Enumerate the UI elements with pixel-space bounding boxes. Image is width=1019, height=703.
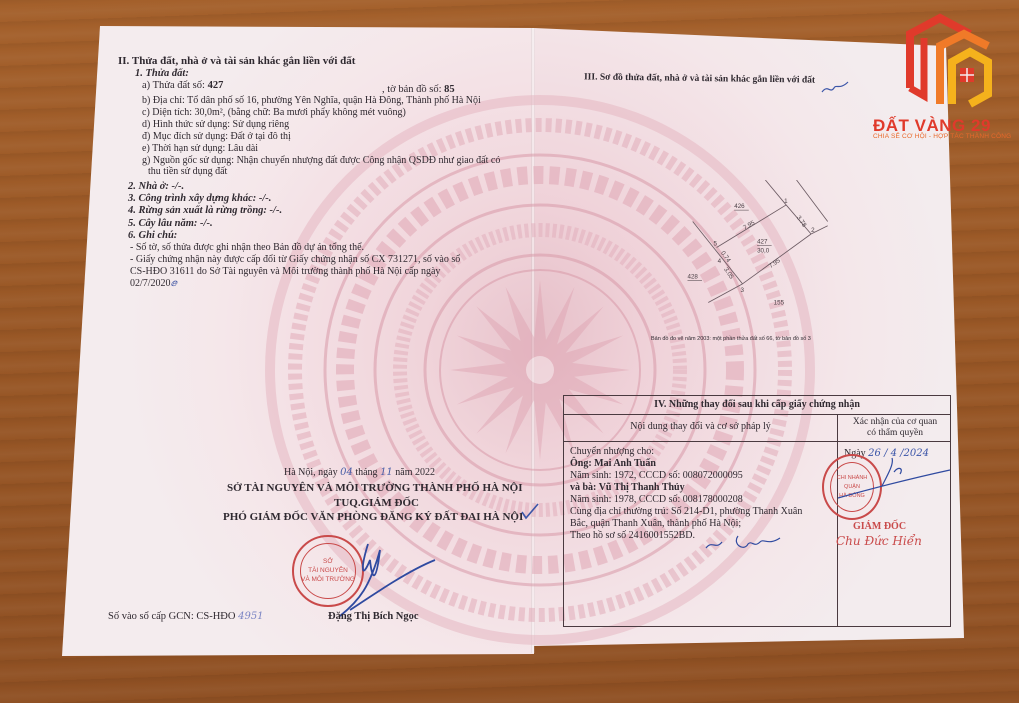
svg-text:5: 5 <box>713 240 717 247</box>
registry-value: 4951 <box>238 611 263 622</box>
map-note: Bản đồ đo vẽ năm 2003: một phần thửa đất… <box>651 333 811 345</box>
issuing-authority: SỞ TÀI NGUYÊN VÀ MÔI TRƯỜNG THÀNH PHỐ HÀ… <box>227 482 523 494</box>
changes-table-title: IV. Những thay đổi sau khi cấp giấy chứn… <box>564 399 950 411</box>
perennial-trees-field: 5. Cây lâu năm: -/-. <box>128 218 213 230</box>
buyer-address-2: Bắc, quận Thanh Xuân, thành phố Hà Nội; <box>570 518 741 530</box>
date-day: 04 <box>340 467 353 478</box>
area-field: c) Diện tích: 30,0m², (bằng chữ: Ba mươi… <box>142 107 406 119</box>
buyer-2: và bà: Vũ Thị Thanh Thủy <box>570 482 685 494</box>
signature-transfer-icon <box>704 530 784 554</box>
file-reference: Theo hồ sơ số 2416001552BD. <box>570 530 695 542</box>
signature-confirm-icon <box>834 454 952 504</box>
registry-label: Số vào sổ cấp GCN: CS-HĐO <box>108 611 235 622</box>
origin-field-cont: thu tiền sử dụng đất <box>148 166 227 178</box>
issue-date: Hà Nội, ngày 04 tháng 11 năm 2022 <box>284 467 435 479</box>
confirmation-signer: Chu Đức Hiển <box>836 535 922 547</box>
svg-text:426: 426 <box>734 203 745 210</box>
section-ii-title: II. Thửa đất, nhà ở và tài sản khác gắn … <box>118 55 355 67</box>
buyer-1: Ông: Mai Anh Tuấn <box>570 458 656 470</box>
date-month: 11 <box>380 467 393 478</box>
svg-text:2: 2 <box>811 227 815 234</box>
buyer-1-info: Năm sinh: 1972, CCCD số: 008072000095 <box>570 470 743 482</box>
page-fold <box>531 28 535 653</box>
note-2-line-2: CS-HĐO 31611 do Sở Tài nguyên và Môi trư… <box>130 266 440 278</box>
svg-text:3: 3 <box>740 287 744 294</box>
svg-text:3.78: 3.78 <box>795 215 808 229</box>
svg-text:428: 428 <box>688 274 699 281</box>
col-confirmation-header-2: có thẩm quyền <box>838 427 952 439</box>
svg-text:7.95: 7.95 <box>768 257 782 270</box>
notes-heading: 6. Ghi chú: <box>128 230 177 242</box>
svg-text:7.95: 7.95 <box>742 219 756 231</box>
map-sheet-number: 85 <box>444 84 455 95</box>
registry-number: Số vào sổ cấp GCN: CS-HĐO 4951 <box>108 611 264 623</box>
checkmark-icon <box>520 502 540 522</box>
note-2-line-1: - Giấy chứng nhận này được cấp đổi từ Gi… <box>130 254 460 266</box>
planted-forest-field: 4. Rừng sản xuất là rừng trồng: -/-. <box>128 205 282 217</box>
svg-text:427: 427 <box>757 238 768 245</box>
parcel-diagram: 426 427 30,0 428 155 1 2 3 4 5 7.95 3.78… <box>680 180 830 315</box>
buyer-2-info: Năm sinh: 1978, CCCD số: 008178000208 <box>570 494 743 506</box>
usage-term-field: e) Thời hạn sử dụng: Lâu dài <box>142 143 258 155</box>
changes-table-header-row: Nội dung thay đổi và cơ sở pháp lý Xác n… <box>564 414 950 442</box>
svg-text:30,0: 30,0 <box>757 248 770 255</box>
changes-table: IV. Những thay đổi sau khi cấp giấy chứn… <box>563 395 951 627</box>
signer-title: PHÓ GIÁM ĐỐC VĂN PHÒNG ĐĂNG KÝ ĐẤT ĐAI H… <box>223 511 523 523</box>
house-field: 2. Nhà ở: -/-. <box>128 181 184 193</box>
signer-name: Đặng Thị Bích Ngọc <box>328 611 419 623</box>
note-2-line-3: 02/7/2020ⅇ <box>130 278 177 290</box>
initials-icon <box>820 80 850 96</box>
initials-mark: ⅇ <box>171 278 177 289</box>
signature-left-icon <box>300 540 440 620</box>
brand-tagline: CHIA SẺ CƠ HỘI - HỢP TÁC THÀNH CÔNG <box>873 133 1011 140</box>
svg-text:4: 4 <box>718 258 722 265</box>
usage-form-field: d) Hình thức sử dụng: Sử dụng riêng <box>142 119 289 131</box>
buyer-address-1: Cùng địa chỉ thường trú: Số 214-D1, phườ… <box>570 506 802 518</box>
plot-number: 427 <box>208 80 224 91</box>
authority-role: TUQ.GIÁM ĐỐC <box>334 497 419 509</box>
plot-number-label: a) Thửa đất số: 427 <box>142 80 223 92</box>
svg-text:1: 1 <box>784 198 788 205</box>
transfer-intro: Chuyển nhượng cho: <box>570 446 654 458</box>
confirmation-role: GIÁM ĐỐC <box>853 521 906 533</box>
changes-table-title-row: IV. Những thay đổi sau khi cấp giấy chứn… <box>564 396 950 415</box>
column-divider <box>837 414 838 626</box>
certificate-document: II. Thửa đất, nhà ở và tài sản khác gắn … <box>0 0 1019 703</box>
usage-purpose-field: đ) Mục đích sử dụng: Đất ở tại đô thị <box>142 131 291 143</box>
map-sheet-label: , tờ bản đồ số: <box>382 84 442 95</box>
date-year: năm 2022 <box>395 467 435 478</box>
date-prefix: Hà Nội, ngày <box>284 467 338 478</box>
other-construction-field: 3. Công trình xây dựng khác: -/-. <box>128 193 271 205</box>
note-1: - Số tờ, số thửa được ghi nhận theo Bản … <box>130 242 364 254</box>
svg-text:3.05: 3.05 <box>722 266 735 280</box>
address-field: b) Địa chỉ: Tổ dân phố số 16, phường Yên… <box>142 95 481 107</box>
land-heading: 1. Thửa đất: <box>135 68 189 80</box>
svg-text:155: 155 <box>774 300 785 307</box>
col-content-header: Nội dung thay đổi và cơ sở pháp lý <box>564 421 837 433</box>
date-month-label: tháng <box>355 467 377 478</box>
plot-label: a) Thửa đất số: <box>142 80 205 91</box>
note-date: 02/7/2020 <box>130 278 171 289</box>
